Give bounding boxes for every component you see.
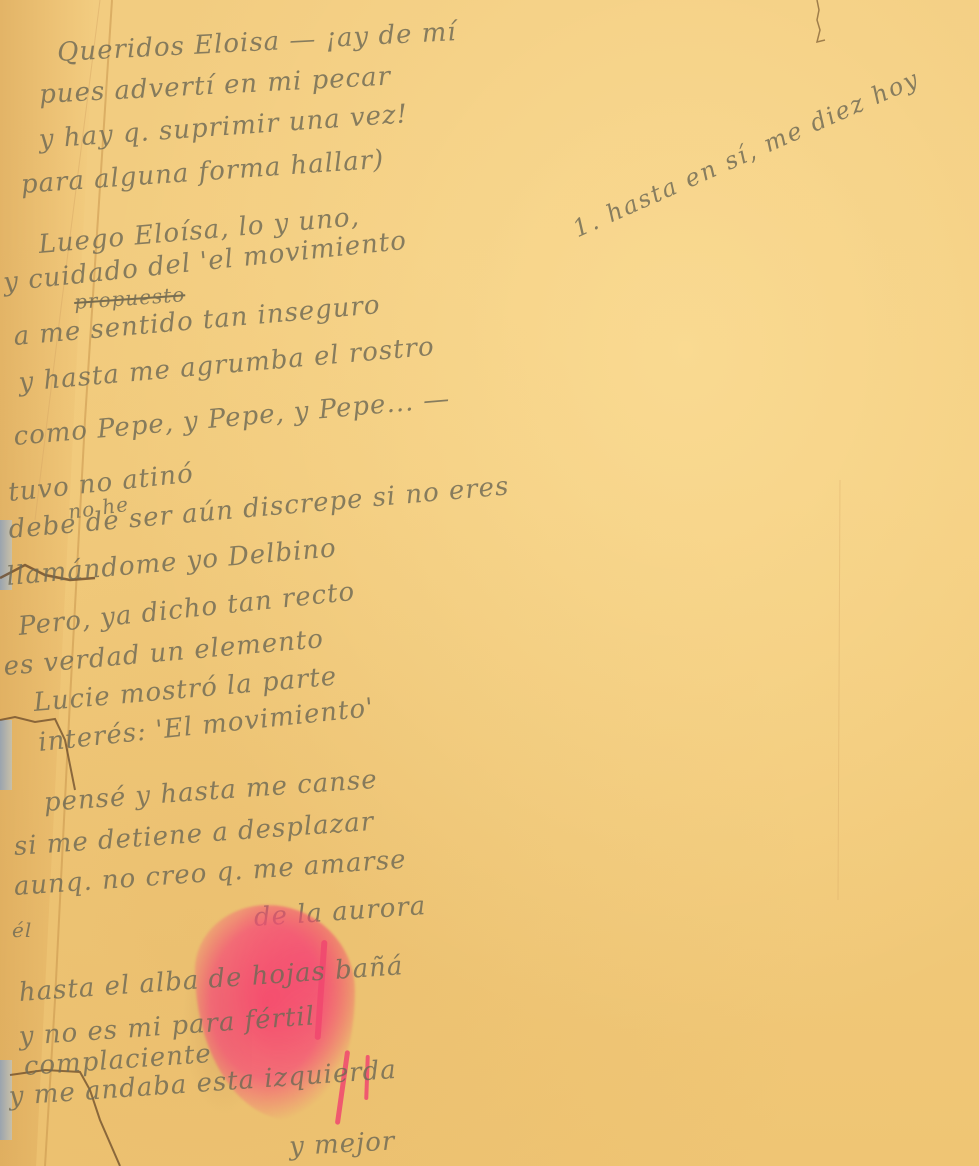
handwritten-line: como Pepe, y Pepe, y Pepe... —: [12, 384, 451, 452]
corner-tear-mark: [815, 0, 827, 48]
handwritten-line: Queridos Eloisa — ¡ay de mí: [56, 17, 457, 68]
handwritten-fragment: él: [12, 918, 32, 942]
torn-edge-gap: [0, 720, 12, 790]
marginal-note: 1. hasta en sí, me diez hoy: [569, 64, 924, 243]
manuscript-page: Queridos Eloisa — ¡ay de mí pues advertí…: [0, 0, 979, 1166]
handwritten-signature: y mejor: [288, 1126, 396, 1162]
